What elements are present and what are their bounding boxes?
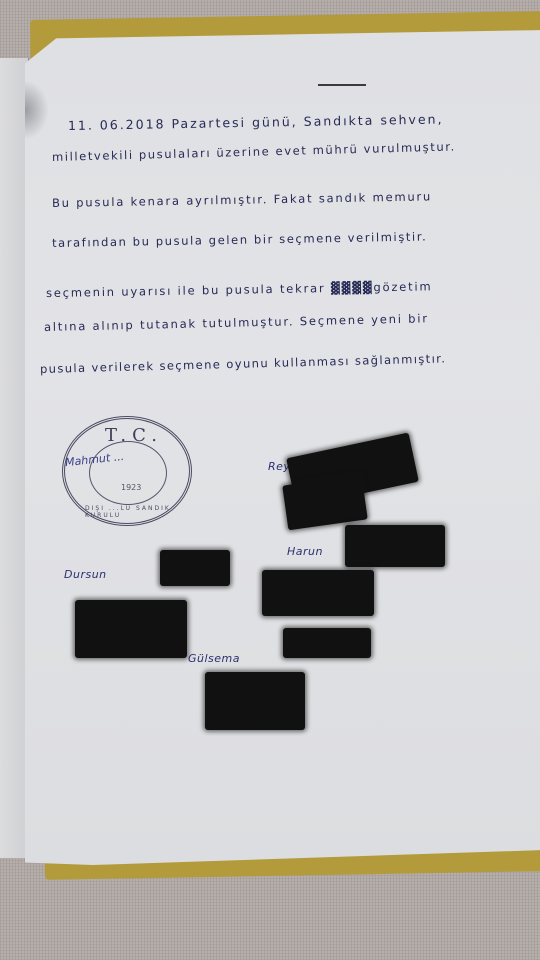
redaction-block (205, 672, 305, 730)
binder-hole-shadow (25, 80, 49, 140)
stamp-inner-circle (89, 441, 167, 505)
redaction-block (262, 570, 374, 616)
stamp-tc-text: T.C. (105, 425, 163, 446)
page-mark (318, 84, 366, 86)
signatory-name-gulsema: Gülsema (188, 652, 240, 665)
redaction-block (160, 550, 230, 586)
redaction-block (283, 628, 371, 658)
redaction-block (345, 525, 445, 567)
signatory-name-dursun: Dursun (64, 568, 107, 581)
official-stamp: T.C. 1923 DIŞI ...LU SANDIK KURULU Mahmu… (62, 416, 192, 526)
redaction-block (75, 600, 187, 658)
stamp-year: 1923 (121, 483, 141, 492)
stamp-ring-text: DIŞI ...LU SANDIK KURULU (85, 505, 189, 519)
signatory-name-harun: Harun (287, 545, 323, 558)
left-page-edge (0, 58, 29, 858)
